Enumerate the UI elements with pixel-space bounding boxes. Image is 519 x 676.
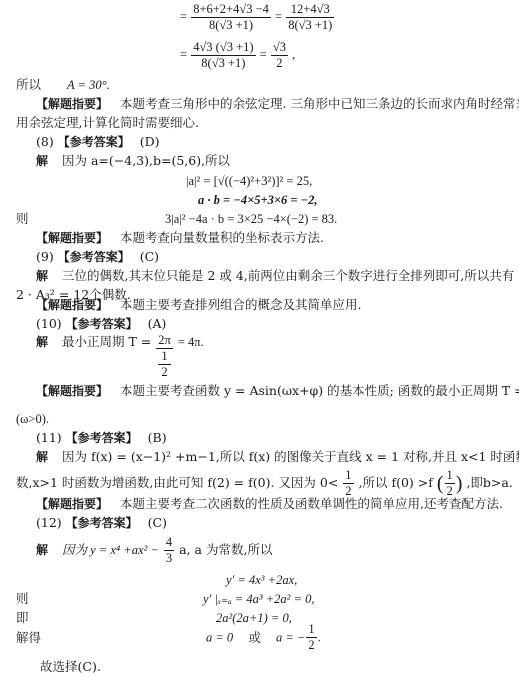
equals-sign: = <box>275 9 282 23</box>
equation: |a|² = [√((−4)²+3²)]² = 25, <box>186 173 312 189</box>
fraction: 12+4√3 8(√3 +1) <box>286 2 334 33</box>
fraction: 2π 1 2 <box>156 333 173 380</box>
solution-text: a, a 为常数,所以 <box>179 542 272 557</box>
equation: y′ |ₓ₌ₐ = 4a³ +2a² = 0, <box>203 591 314 607</box>
fraction: 1 2 <box>445 468 455 499</box>
fraction: 8+6+2+4√3 −4 8(√3 +1) <box>191 2 271 33</box>
answer-value: (D) <box>140 134 160 149</box>
fraction: 4√3 (√3 +1) 8(√3 +1) <box>191 40 255 71</box>
nested-fraction: 1 2 <box>156 349 173 380</box>
denominator: 2 <box>271 56 288 71</box>
numerator: 4√3 (√3 +1) <box>191 40 255 56</box>
tip-title: 【解题指要】 <box>36 298 108 312</box>
solution-text: 因为 a=(−4,3),b=(5,6),所以 <box>62 153 230 168</box>
question-number: (12) <box>36 515 62 530</box>
equation-text: y′ |ₓ₌ₐ = 4a³ +2a² = 0, <box>203 592 314 606</box>
denominator: 8(√3 +1) <box>286 18 334 33</box>
answer-value: (C) <box>148 515 167 530</box>
answer-title: 【参考答案】 <box>66 317 138 331</box>
solution-text: ,所以 f(0) >f <box>359 475 433 490</box>
solve-label: 解 <box>36 450 48 464</box>
solve-label: 解 <box>36 269 48 283</box>
answer-value: (C) <box>140 249 159 264</box>
solution-line: 解 因为 a=(−4,3),b=(5,6),所以 <box>36 153 230 169</box>
period: . <box>318 631 321 645</box>
numerator: 1 <box>306 622 316 638</box>
denominator: 8(√3 +1) <box>191 18 271 33</box>
equation-line-2: = 4√3 (√3 +1) 8(√3 +1) = √3 2 , <box>180 40 295 71</box>
equation-text: y′ = 4x³ +2ax, <box>226 573 297 587</box>
equation-label: 则 <box>16 591 29 607</box>
tip-text: 本题主要考查二次函数的性质及函数单调性的简单应用,还考查配方法. <box>120 496 503 511</box>
denominator: 2 <box>306 638 316 653</box>
solution-text: 因为 f(x) = (x−1)² +m−1,所以 f(x) 的图像关于直线 x … <box>62 449 519 464</box>
conclusion-text: 故选择(C). <box>40 659 101 674</box>
answer-header-10: (10) 【参考答案】 (A) <box>36 316 166 332</box>
equation-text: a · b = −4×5+3×6 = −2, <box>198 193 318 207</box>
solution-line: 解 因为 f(x) = (x−1)² +m−1,所以 f(x) 的图像关于直线 … <box>36 449 519 465</box>
question-number: (9) <box>36 249 54 264</box>
numerator: 1 <box>445 468 455 484</box>
answer-value: (A) <box>148 316 167 331</box>
tip-text: 本题主要考查排列组合的概念及其简单应用. <box>120 297 361 312</box>
ie-label: 即 <box>16 610 29 625</box>
solve-label: 解 <box>36 335 48 349</box>
result: = 4π. <box>178 335 204 349</box>
tip-text: 本题主要考查函数 y = Asin(ωx+φ) 的基本性质; 函数的最小正周期 … <box>120 383 519 398</box>
tip-title: 【解题指要】 <box>36 384 108 398</box>
solution-text: 因为 y = x⁴ +ax² − <box>62 543 159 557</box>
conclusion-value: A = 30°. <box>67 78 110 92</box>
answer-title: 【参考答案】 <box>66 516 138 530</box>
question-number: (11) <box>36 430 62 445</box>
solution-text: 三位的偶数,其末位只能是 2 或 4,前两位由剩余三个数字进行全排列即可,所以共… <box>62 268 514 283</box>
fraction: 1 2 <box>343 468 353 499</box>
tip-line-continued: (ω>0). <box>16 411 49 427</box>
solution-text: 数,x>1 时函数为增函数,由此可知 f(2) = f(0). 又因为 0< <box>16 475 338 490</box>
equation-label: 即 <box>16 610 29 626</box>
equation: 3|a|² −4a · b = 3×25 −4×(−2) = 83. <box>165 211 337 227</box>
solution-line: 解 因为 y = x⁴ +ax² − 4 3 a, a 为常数,所以 <box>36 535 272 566</box>
answer-title: 【参考答案】 <box>58 135 130 149</box>
tip-line: 【解题指要】 本题主要考查排列组合的概念及其简单应用. <box>36 297 361 313</box>
left-paren: ( <box>437 473 444 495</box>
denominator: 8(√3 +1) <box>191 56 255 71</box>
answer-header-8: (8) 【参考答案】 (D) <box>36 134 159 150</box>
numerator: 1 <box>343 468 353 484</box>
tip-line: 【解题指要】 本题考查三角形中的余弦定理. 三角形中已知三条边的长而求内角时经常… <box>36 96 519 112</box>
tip-line: 【解题指要】 本题主要考查二次函数的性质及函数单调性的简单应用,还考查配方法. <box>36 496 503 512</box>
tip-text: 本题考查向量数量积的坐标表示方法. <box>120 230 324 245</box>
equation: y′ = 4x³ +2ax, <box>226 572 297 588</box>
answer-title: 【参考答案】 <box>66 431 138 445</box>
solve-label: 解 <box>36 154 48 168</box>
answer-header-9: (9) 【参考答案】 (C) <box>36 249 159 265</box>
fraction: 1 2 <box>306 622 316 653</box>
tip-line: 【解题指要】 本题主要考查函数 y = Asin(ωx+φ) 的基本性质; 函数… <box>36 383 519 412</box>
answer-header-11: (11) 【参考答案】 (B) <box>36 430 167 446</box>
equation-text: a = − <box>276 631 305 645</box>
equation: a · b = −4×5+3×6 = −2, <box>198 192 318 208</box>
equals-sign: = <box>180 47 190 61</box>
numerator: 12+4√3 <box>286 2 334 18</box>
equation-text: a = 0 <box>206 631 233 645</box>
equals-sign: = <box>260 47 267 61</box>
equation-with-label: 则 <box>16 211 29 227</box>
comma: , <box>292 47 295 61</box>
solution-line: 解 最小正周期 T = 2π 1 2 = 4π. <box>36 334 204 380</box>
then-label: 则 <box>16 591 29 606</box>
conclusion-line: 所以 A = 30°. <box>16 77 110 93</box>
solve-get-label: 解得 <box>16 630 41 645</box>
solution-text: 最小正周期 T = <box>62 334 151 349</box>
denominator: 2 <box>158 365 171 380</box>
fraction: √3 2 <box>271 40 288 71</box>
denominator: 3 <box>164 551 174 566</box>
tip-title: 【解题指要】 <box>36 231 108 245</box>
equation-text: 3|a|² −4a · b = 3×25 −4×(−2) = 83. <box>165 212 337 226</box>
numerator: 4 <box>164 535 174 551</box>
tip-text: (ω>0). <box>16 412 49 426</box>
numerator: 1 <box>158 349 171 365</box>
equation-text: |a|² = [√((−4)²+3²)]² = 25, <box>186 174 312 188</box>
equation: a = 0 或 a = − 1 2 . <box>206 622 321 653</box>
tip-title: 【解题指要】 <box>36 497 108 511</box>
then-label: 则 <box>16 211 29 226</box>
tip-title: 【解题指要】 <box>36 97 108 111</box>
equation-line-1: = 8+6+2+4√3 −4 8(√3 +1) = 12+4√3 8(√3 +1… <box>180 2 335 33</box>
numerator: 2π <box>156 333 173 349</box>
tip-text: 本题考查三角形中的余弦定理. 三角形中已知三条边的长而求内角时经常采 <box>120 96 519 111</box>
equation-label: 解得 <box>16 630 41 646</box>
fraction: 4 3 <box>164 535 174 566</box>
solve-label: 解 <box>36 543 48 557</box>
numerator: √3 <box>271 40 288 56</box>
numerator: 8+6+2+4√3 −4 <box>191 2 271 18</box>
tip-line: 【解题指要】 本题考查向量数量积的坐标表示方法. <box>36 230 324 246</box>
or-label: 或 <box>248 631 261 645</box>
question-number: (10) <box>36 316 62 331</box>
answer-title: 【参考答案】 <box>58 250 130 264</box>
solution-line-continued: 数,x>1 时函数为增函数,由此可知 f(2) = f(0). 又因为 0< 1… <box>16 468 513 499</box>
tip-line-continued: 用余弦定理,计算化简时需要细心. <box>16 115 199 131</box>
tip-text: 用余弦定理,计算化简时需要细心. <box>16 115 199 130</box>
solution-line: 解 三位的偶数,其末位只能是 2 或 4,前两位由剩余三个数字进行全排列即可,所… <box>36 268 514 284</box>
solution-text: ,即b>a. <box>466 475 512 490</box>
conclusion-line: 故选择(C). <box>40 659 101 675</box>
answer-value: (B) <box>148 430 167 445</box>
right-paren: ) <box>456 473 463 495</box>
question-number: (8) <box>36 134 54 149</box>
so-label: 所以 <box>16 77 41 92</box>
answer-header-12: (12) 【参考答案】 (C) <box>36 515 167 531</box>
equals-sign: = <box>180 9 190 23</box>
